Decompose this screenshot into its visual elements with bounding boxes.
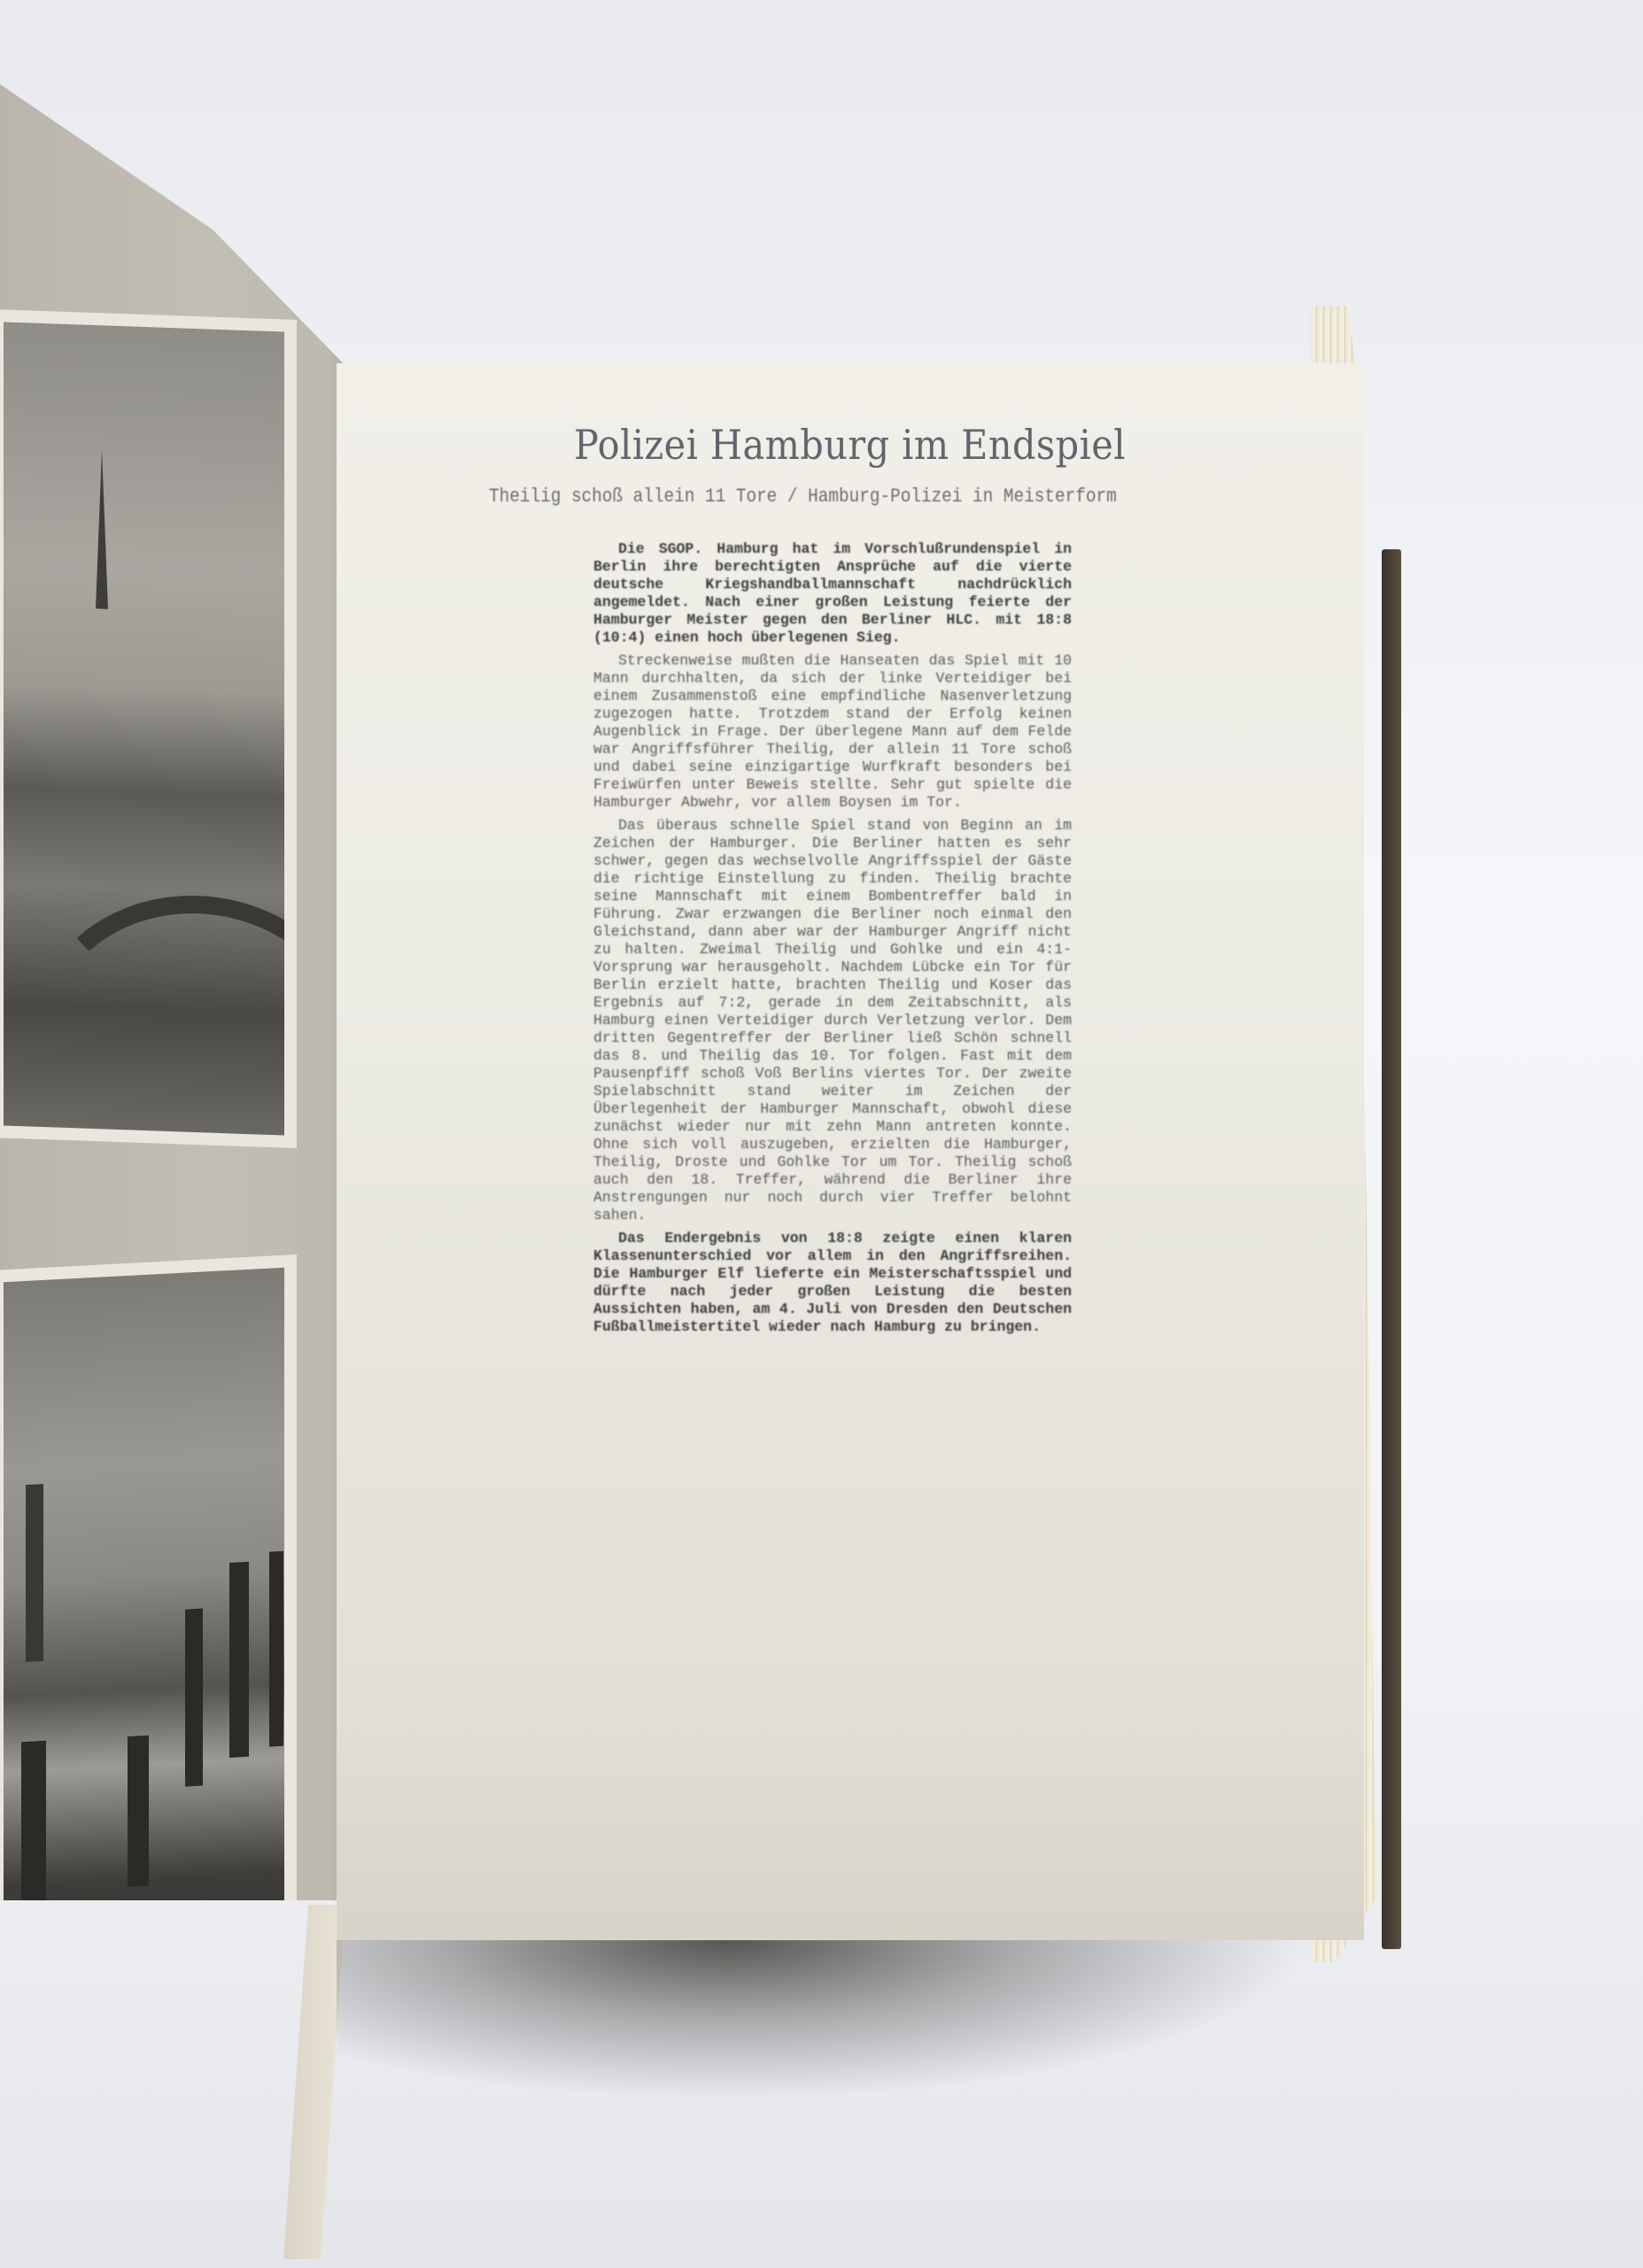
article-subheadline: Theilig schoß allein 11 Tore / Hamburg-P… [489,485,1190,508]
article-paragraph: Streckenweise mußten die Hanseaten das S… [593,652,1072,812]
photo-image [4,1268,284,2038]
photo-hamburg-port-tugboats [0,1254,297,2050]
funnel [269,1551,283,1747]
book-cover-edge [1382,549,1401,1949]
church-spire [96,449,108,609]
photo-hamburg-harbour-viaduct [0,309,297,1148]
funnel [185,1609,203,1787]
funnel [229,1562,249,1758]
left-page [0,84,354,1900]
article-paragraph: Die SGOP. Hamburg hat im Vorschlußrunden… [593,540,1072,647]
newspaper-clipping: Die SGOP. Hamburg hat im Vorschlußrunden… [593,540,1072,1341]
funnel [128,1736,149,1887]
railway-viaduct [30,890,284,1136]
photo-image [4,322,284,1135]
article-paragraph: Das überaus schnelle Spiel stand von Beg… [593,817,1072,1224]
article-paragraph: Das Endergebnis von 18:8 zeigte einen kl… [593,1230,1072,1336]
article-headline: Polizei Hamburg im Endspiel [574,421,1084,469]
right-page: Polizei Hamburg im Endspiel Theilig scho… [337,363,1364,1940]
book-shadow [337,1940,1311,2100]
funnel [21,1741,46,1937]
tower [26,1484,43,1662]
